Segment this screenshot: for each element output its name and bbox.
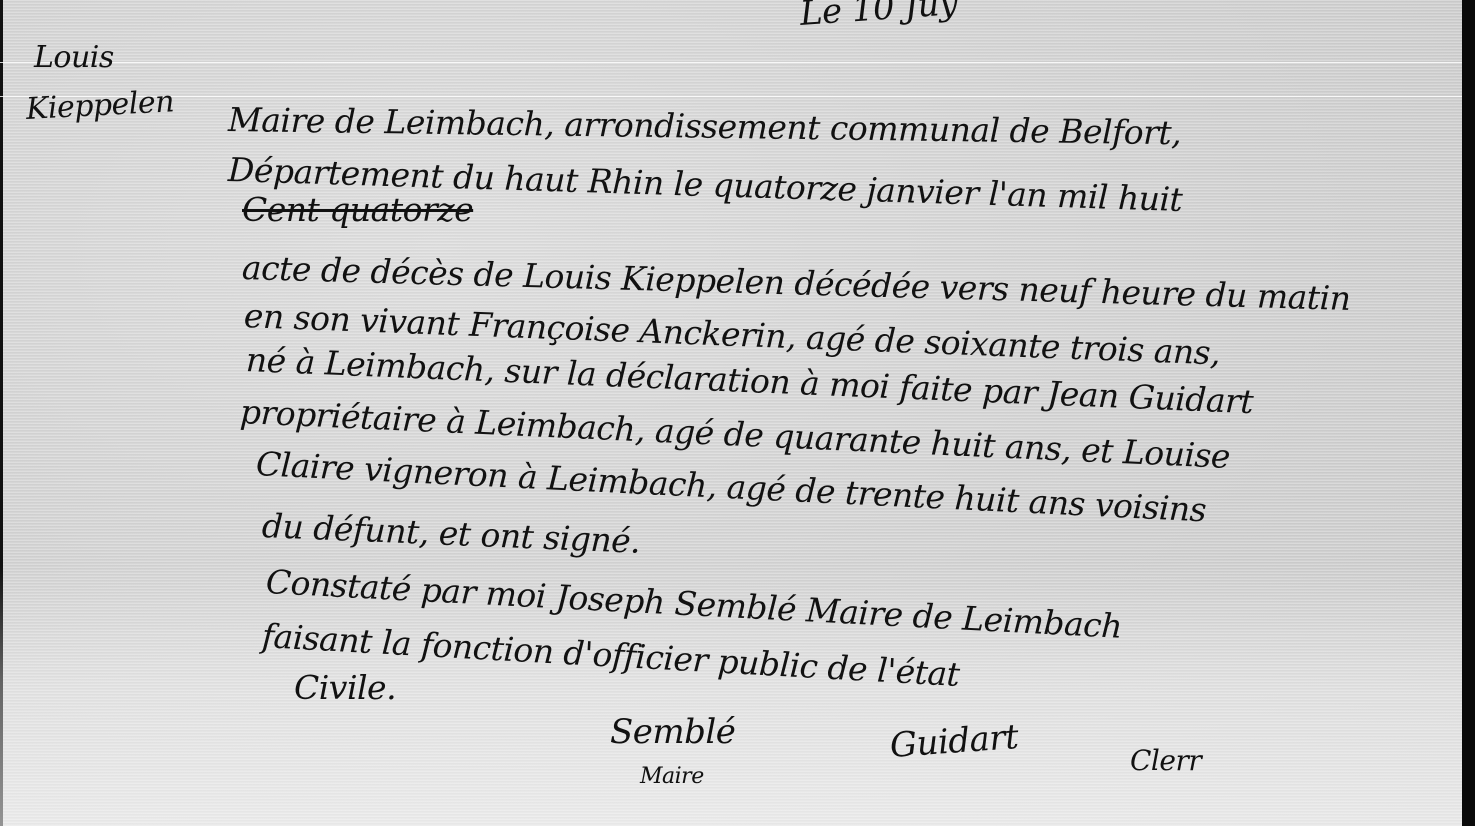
signature-mayor-note: Maire	[640, 764, 704, 789]
scan-left-edge	[0, 0, 3, 826]
signature-witness-1: Guidart	[889, 717, 1020, 766]
record-line-12: Civile.	[294, 668, 396, 707]
scan-right-edge	[1462, 0, 1475, 826]
document-page: Le 10 Juy Louis Kieppelen Maire de Leimb…	[0, 0, 1462, 826]
ruled-line	[0, 96, 1462, 97]
record-line-1: Maire de Leimbach, arrondissement commun…	[228, 100, 1182, 152]
record-line-3: Cent quatorze	[242, 190, 473, 229]
ruled-line	[0, 62, 1462, 63]
signature-witness-2: Clerr	[1130, 744, 1201, 777]
header-note: Le 10 Juy	[799, 0, 959, 34]
margin-given-name: Louis	[34, 40, 114, 75]
margin-surname: Kieppelen	[25, 84, 175, 127]
signature-mayor: Semblé	[610, 712, 735, 752]
struck-text: Cent quatorze	[242, 190, 473, 229]
record-line-9: du défunt, et ont signé.	[261, 506, 641, 561]
